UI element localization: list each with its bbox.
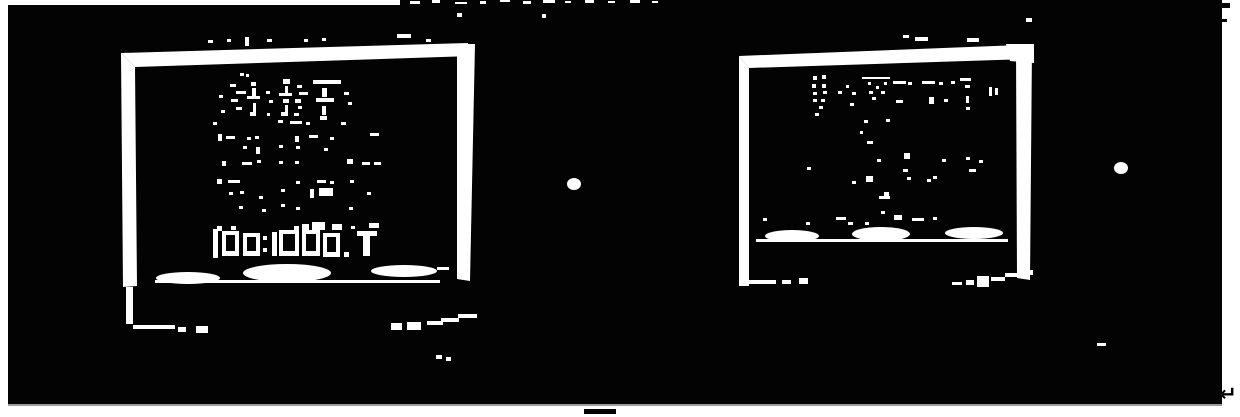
screen-mark — [989, 87, 992, 96]
screen-mark — [865, 222, 869, 225]
screen-mark — [922, 81, 935, 84]
screen-mark — [253, 103, 256, 112]
button-highlight — [243, 264, 331, 282]
button-highlight — [945, 227, 1003, 239]
screen-mark — [320, 116, 327, 120]
screen-mark — [219, 95, 223, 98]
screen-mark — [330, 181, 334, 184]
binarized-photo: ↵ — [0, 0, 1240, 417]
screen-mark — [228, 180, 240, 183]
screen-mark — [306, 122, 310, 125]
screen-mark — [904, 153, 910, 159]
screen-mark — [296, 181, 300, 184]
screen-mark — [213, 122, 217, 125]
screen-mark — [939, 82, 943, 85]
screen-mark — [806, 222, 810, 225]
document-page: ↵ — [0, 0, 1240, 417]
screen-mark — [221, 110, 225, 113]
screen-mark — [281, 112, 288, 116]
margin-dash — [410, 1, 420, 4]
screen-mark — [367, 192, 371, 195]
highlight-line — [437, 267, 449, 270]
margin-dash — [455, 2, 467, 4]
base-speck — [196, 326, 208, 333]
screen-mark — [316, 98, 334, 102]
margin-dash — [480, 1, 486, 4]
base-speck — [1005, 273, 1022, 277]
margin-dash — [652, 1, 658, 3]
dust-speck — [967, 38, 979, 42]
screen-mark — [222, 161, 226, 166]
margin-dash — [500, 0, 510, 2]
screen-mark — [846, 85, 849, 88]
caption-bar — [584, 409, 616, 414]
button-highlight — [156, 272, 220, 284]
screen-mark — [374, 162, 381, 165]
return-mark: ↵ — [1219, 382, 1237, 406]
base-speck — [427, 321, 443, 325]
bezel-segment — [1016, 46, 1032, 280]
screen-mark — [872, 97, 876, 100]
margin-dash — [630, 0, 640, 3]
base-speck — [991, 277, 1005, 281]
screen-mark — [256, 147, 260, 154]
screen-mark — [240, 191, 244, 194]
dust-speck — [304, 39, 308, 42]
screen-mark — [848, 222, 853, 225]
screen-mark — [279, 161, 283, 164]
screen-mark — [296, 146, 300, 149]
screen-mark — [290, 121, 302, 124]
button-highlight — [852, 227, 910, 241]
screen-mark — [313, 80, 341, 84]
base-speck — [782, 280, 791, 284]
screen-mark — [933, 217, 937, 220]
edge-artifact — [1222, 19, 1227, 22]
screen-mark — [266, 91, 270, 94]
screen-mark — [868, 82, 871, 85]
dust-speck — [903, 35, 909, 38]
screen-mark — [310, 189, 314, 198]
osd-box-inner — [226, 235, 235, 251]
base-speck — [407, 322, 421, 330]
margin-dash — [585, 0, 594, 3]
screen-mark — [351, 226, 355, 229]
base-speck — [458, 314, 477, 318]
screen-mark — [815, 113, 819, 116]
screen-mark — [965, 85, 970, 88]
reflection-dot — [1114, 162, 1128, 174]
screen-mark — [979, 160, 983, 163]
caption-mark — [584, 409, 616, 414]
stray-speck — [446, 357, 451, 361]
base-speck — [133, 325, 175, 329]
screen-mark — [281, 204, 285, 207]
screen-mark — [239, 206, 243, 209]
screen-mark — [813, 76, 817, 80]
screen-mark — [886, 119, 890, 122]
dust-speck — [322, 38, 326, 41]
dust-speck — [208, 40, 213, 43]
screen-mark — [294, 113, 299, 116]
button-highlight — [765, 230, 819, 242]
screen-mark — [294, 226, 299, 230]
screen-mark — [933, 176, 937, 179]
screen-mark — [344, 92, 349, 95]
screen-mark — [236, 91, 246, 94]
screen-mark — [242, 162, 252, 165]
screen-mark — [217, 179, 222, 184]
osd-stroke — [213, 229, 218, 258]
edge-artifact — [1222, 3, 1230, 8]
screen-mark — [259, 196, 263, 199]
screen-mark — [370, 133, 379, 136]
screen-mark — [852, 92, 856, 95]
margin-dash — [608, 1, 615, 3]
screen-mark — [894, 215, 902, 220]
screen-mark — [302, 224, 309, 230]
screen-mark — [285, 105, 288, 112]
screen-mark — [317, 180, 326, 183]
screen-mark — [813, 92, 817, 95]
screen-mark — [269, 100, 273, 103]
osd-box-inner — [327, 237, 336, 252]
screen-mark — [896, 100, 903, 103]
screen-mark — [218, 134, 222, 141]
screen-mark — [226, 136, 235, 139]
osd-box-inner — [306, 234, 316, 251]
margin-dash — [432, 0, 440, 3]
bezel-segment — [739, 56, 749, 286]
dust-speck — [397, 34, 411, 38]
screen-mark — [903, 169, 908, 172]
screen-mark — [279, 145, 283, 148]
screen-mark — [944, 99, 948, 102]
screen-mark — [812, 84, 816, 88]
dust-speck — [426, 39, 431, 42]
screen-mark — [969, 169, 976, 172]
dust-speck — [915, 37, 928, 41]
screen-mark — [893, 81, 906, 84]
osd-dot — [344, 252, 349, 257]
screen-mark — [231, 99, 238, 102]
screen-mark — [309, 135, 318, 138]
screen-mark — [229, 192, 233, 195]
screen-mark — [362, 162, 370, 165]
screen-mark — [912, 218, 924, 221]
screen-mark — [319, 188, 333, 196]
screen-mark — [369, 223, 379, 228]
dust-speck — [227, 39, 231, 42]
screen-mark — [850, 103, 854, 106]
dust-speck — [457, 13, 462, 17]
screen-mark — [350, 180, 354, 183]
base-speck — [952, 282, 962, 285]
bezel-tail — [126, 287, 133, 324]
screen-mark — [807, 167, 811, 170]
screen-mark — [813, 99, 817, 102]
osd-stroke — [363, 236, 370, 256]
screen-mark — [283, 79, 290, 84]
screen-mark — [285, 86, 288, 93]
stray-speck — [542, 14, 546, 18]
dust-speck — [1026, 18, 1032, 22]
screen-mark — [869, 91, 873, 94]
screen-mark — [295, 99, 301, 103]
screen-mark — [966, 96, 969, 103]
screen-mark — [257, 160, 261, 163]
screen-mark — [864, 120, 868, 123]
bezel-segment — [121, 53, 137, 287]
osd-box-inner — [247, 237, 256, 251]
osd-dot — [263, 248, 267, 252]
screen-mark — [866, 176, 873, 182]
base-speck — [966, 280, 974, 285]
screen-mark — [966, 107, 970, 110]
screen-mark — [876, 86, 879, 89]
screen-mark — [960, 78, 971, 81]
button-highlight — [371, 265, 437, 277]
osd-stroke — [357, 231, 377, 236]
screen-mark — [322, 106, 326, 115]
base-speck — [1020, 270, 1033, 275]
screen-mark — [867, 141, 873, 144]
screen-mark — [823, 91, 827, 94]
osd-box-inner — [283, 234, 295, 251]
margin-dash — [523, 1, 531, 4]
screen-mark — [881, 211, 885, 214]
reflection-dot — [567, 178, 581, 190]
screen-mark — [332, 224, 342, 230]
screen-mark — [278, 120, 283, 123]
screen-mark — [330, 137, 334, 140]
screen-mark — [966, 157, 970, 160]
screen-mark — [852, 181, 856, 184]
stray-speck — [436, 355, 442, 359]
screen-mark — [297, 85, 302, 88]
screen-mark — [822, 84, 826, 88]
screen-mark — [838, 91, 842, 94]
screen-mark — [324, 148, 328, 151]
screen-mark — [822, 75, 826, 79]
screen-mark — [348, 102, 352, 105]
screen-mark — [908, 82, 912, 85]
screen-mark — [821, 99, 825, 102]
screen-mark — [879, 196, 890, 199]
margin-dash — [565, 1, 571, 3]
osd-dot — [263, 236, 267, 240]
dust-speck — [267, 39, 272, 42]
screen-mark — [267, 113, 270, 116]
screen-mark — [836, 217, 846, 220]
screen-mark — [349, 207, 353, 210]
screen-mark — [247, 137, 251, 140]
screen-mark — [322, 88, 327, 97]
screen-mark — [299, 92, 308, 95]
screen-mark — [942, 159, 946, 162]
screen-mark — [250, 112, 256, 116]
dust-speck — [245, 37, 249, 46]
screen-mark — [236, 107, 242, 110]
base-speck — [799, 278, 808, 284]
screen-mark — [860, 131, 863, 134]
screen-mark — [255, 136, 259, 139]
screen-mark — [247, 96, 260, 99]
screen-mark — [246, 74, 249, 77]
screen-mark — [283, 99, 289, 103]
screen-mark — [907, 177, 911, 180]
screen-mark — [929, 97, 934, 104]
osd-stroke — [272, 232, 277, 256]
screen-mark — [262, 209, 266, 212]
page-edge-artifacts — [1222, 3, 1230, 22]
margin-dash — [543, 0, 555, 3]
bezel-segment — [1006, 44, 1034, 63]
screen-mark — [279, 93, 292, 96]
screen-mark — [884, 192, 889, 196]
screen-mark — [884, 82, 887, 85]
screen-mark — [877, 159, 881, 162]
base-speck — [745, 280, 776, 284]
screen-mark — [295, 161, 299, 164]
screen-mark — [763, 218, 767, 221]
screen-mark — [881, 91, 885, 94]
screen-mark — [951, 81, 955, 84]
screen-mark — [927, 179, 931, 182]
screen-mark — [995, 88, 998, 95]
base-speck — [391, 323, 402, 330]
photo-bottom-edge — [8, 404, 1222, 406]
base-speck — [977, 276, 989, 287]
screen-mark — [230, 84, 236, 87]
screen-mark — [296, 207, 300, 210]
screen-mark — [231, 226, 236, 230]
screen-mark — [341, 122, 346, 125]
screen-mark — [862, 77, 890, 79]
base-speck — [178, 327, 186, 332]
screen-mark — [298, 106, 302, 109]
screen-mark — [312, 222, 325, 230]
screen-mark — [819, 106, 823, 109]
stray-speck — [1097, 343, 1106, 346]
screen-mark — [240, 73, 244, 76]
screen-mark — [281, 189, 285, 192]
screen-mark — [295, 136, 299, 142]
screen-mark — [251, 82, 256, 86]
base-speck — [441, 318, 459, 322]
screen-mark — [347, 159, 353, 164]
screen-mark — [243, 146, 247, 149]
